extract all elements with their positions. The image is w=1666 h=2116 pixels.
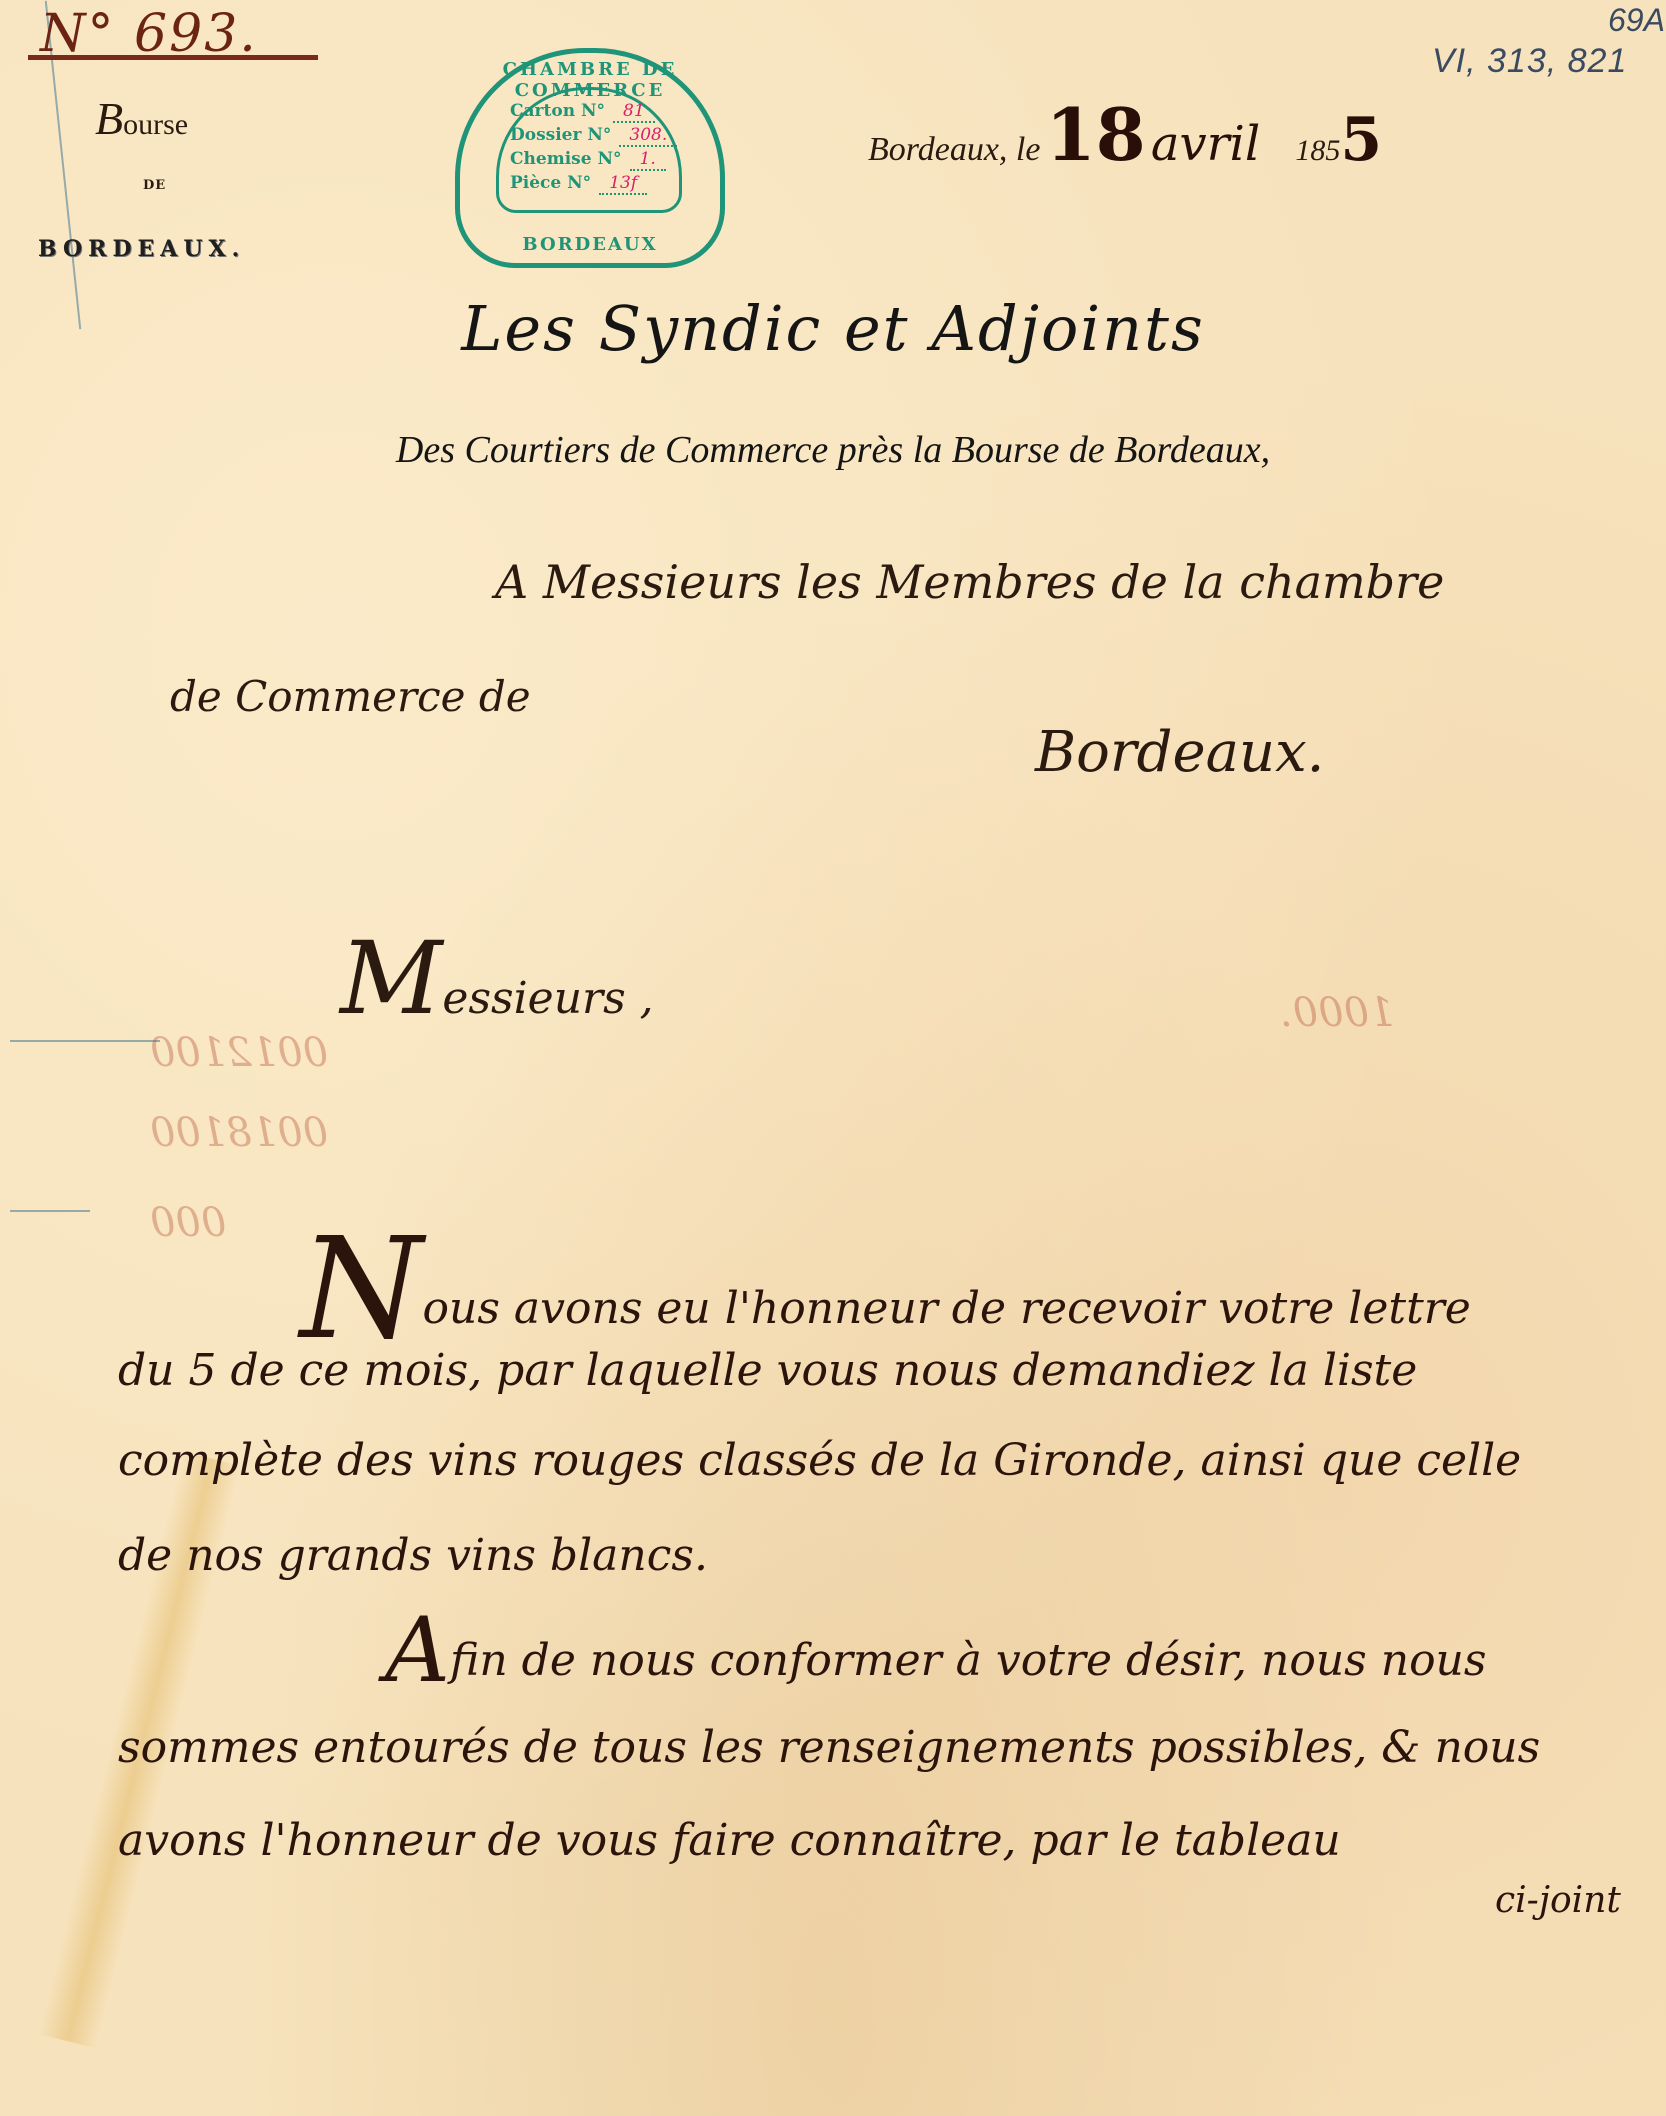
body-line: de nos grands vins blancs.	[118, 1530, 708, 1581]
bleed-through-text: 1000.	[1280, 990, 1395, 1036]
date-month: avril	[1151, 116, 1260, 172]
address-line-1: A Messieurs les Membres de la chambre	[495, 555, 1444, 609]
letterhead-de: DE	[143, 178, 166, 193]
stamp-field-value: 13f	[599, 173, 647, 195]
body-line-catchword: ci-joint	[1495, 1880, 1621, 1921]
bleed-through-text: 0012100	[150, 1030, 328, 1076]
body-line: complète des vins rouges classés de la G…	[118, 1435, 1521, 1486]
letter-subtitle: Des Courtiers de Commerce près la Bourse…	[0, 428, 1666, 472]
paper-crack	[10, 1210, 90, 1212]
body-line-text: ous avons eu l'honneur de recevoir votre…	[423, 1283, 1471, 1334]
stamp-field-label: Pièce N°	[510, 173, 591, 193]
body-line: avons l'honneur de vous faire connaître,…	[118, 1815, 1341, 1866]
address-line-2: de Commerce de	[170, 672, 531, 721]
body-line: Nous avons eu l'honneur de recevoir votr…	[300, 1255, 1471, 1334]
stamp-field-label: Carton N°	[510, 101, 605, 121]
letterhead-word: ourse	[123, 108, 188, 141]
body-line-text: fin de nous conformer à votre désir, nou…	[450, 1635, 1486, 1686]
archive-classification: VI, 313, 821	[1432, 42, 1627, 81]
archive-ref-top: 69A	[1608, 2, 1665, 39]
letterhead-city: BORDEAUX.	[38, 236, 245, 262]
place-date: Bordeaux, le 18 avril 1855	[868, 92, 1382, 177]
body-line: sommes entourés de tous les renseignemen…	[118, 1722, 1540, 1773]
stamp-field-value: 1.	[630, 149, 666, 171]
body-line: du 5 de ce mois, par laquelle vous nous …	[118, 1345, 1417, 1396]
letter-title: Les Syndic et Adjoints	[0, 292, 1666, 365]
bleed-through-text: 000	[150, 1200, 226, 1246]
archive-stamp: CHAMBRE DE COMMERCE Carton N°81 Dossier …	[455, 48, 725, 268]
salutation-rest: essieurs ,	[442, 973, 653, 1024]
bleed-through-text: 0018100	[150, 1110, 328, 1156]
reference-underline	[28, 55, 318, 60]
letterhead-initial: B	[95, 93, 123, 144]
stamp-field-dossier: Dossier N°308.	[510, 125, 677, 145]
address-city: Bordeaux.	[1035, 720, 1324, 785]
stamp-field-chemise: Chemise N°1.	[510, 149, 666, 169]
stamp-field-piece: Pièce N°13f	[510, 173, 647, 193]
letterhead-bourse: Bourse	[95, 92, 188, 145]
place-printed: Bordeaux, le	[868, 131, 1040, 168]
stamp-field-label: Dossier N°	[510, 125, 611, 145]
stamp-bottom-text: BORDEAUX	[460, 234, 720, 255]
paragraph-initial: A	[385, 1598, 450, 1703]
salutation-initial: M	[340, 920, 442, 1037]
paper-crack	[10, 1040, 160, 1042]
date-year-hand: 5	[1340, 105, 1382, 175]
body-line: Afin de nous conformer à votre désir, no…	[385, 1628, 1486, 1686]
stamp-field-value: 81	[613, 101, 655, 123]
date-year-printed: 185	[1295, 134, 1340, 167]
stamp-field-value: 308.	[619, 125, 677, 147]
date-day: 18	[1046, 92, 1146, 177]
stamp-field-label: Chemise N°	[510, 149, 622, 169]
salutation: Messieurs ,	[340, 920, 654, 1037]
stamp-field-carton: Carton N°81	[510, 101, 655, 121]
